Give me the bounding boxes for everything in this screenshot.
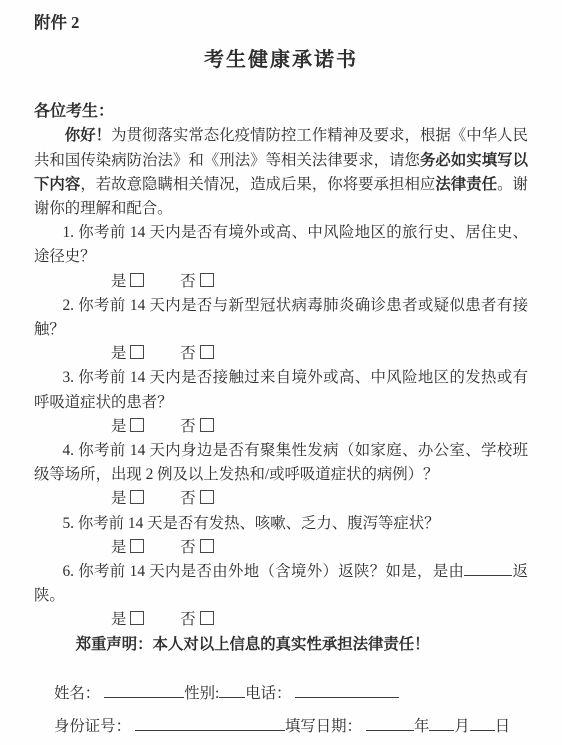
intro-greeting: 你好！ xyxy=(65,127,111,144)
no-option: 否 xyxy=(180,611,213,628)
yes-checkbox[interactable] xyxy=(130,539,144,553)
yes-checkbox[interactable] xyxy=(130,345,144,359)
question-1: 1. 你考前 14 天内是否有境外或高、中风险地区的旅行史、居住史、途径史？ xyxy=(34,221,528,269)
no-checkbox[interactable] xyxy=(200,273,214,287)
fields-row-2: 身份证号：填写日期：年月日 xyxy=(34,715,528,739)
yes-label: 是 xyxy=(111,345,126,362)
no-option: 否 xyxy=(180,418,213,435)
gender-label: 性别: xyxy=(184,685,219,702)
yes-label: 是 xyxy=(111,539,126,556)
yes-label: 是 xyxy=(111,490,126,507)
answer-row-6: 是 否 xyxy=(34,608,528,632)
name-label: 姓名： xyxy=(54,685,100,702)
question-6-text: 6. 你考前 14 天内是否由外地（含境外）返陕？如是，是由 xyxy=(62,563,464,580)
no-label: 否 xyxy=(180,490,195,507)
no-label: 否 xyxy=(180,611,195,628)
no-label: 否 xyxy=(180,345,195,362)
answer-row-3: 是 否 xyxy=(34,415,528,439)
question-2-text: 2. 你考前 14 天内是否与新型冠状病毒肺炎确诊患者或疑似患者有接触？ xyxy=(34,297,528,338)
yes-checkbox[interactable] xyxy=(130,490,144,504)
yes-checkbox[interactable] xyxy=(130,611,144,625)
phone-label: 电话： xyxy=(245,685,291,702)
yes-option: 是 xyxy=(111,539,144,556)
answer-row-5: 是 否 xyxy=(34,536,528,560)
question-3-text: 3. 你考前 14 天内是否接触过来自境外或高、中风险地区的发热或有呼吸道症状的… xyxy=(34,369,528,410)
id-blank[interactable] xyxy=(135,716,285,731)
no-checkbox[interactable] xyxy=(200,345,214,359)
question-6: 6. 你考前 14 天内是否由外地（含境外）返陕？如是，是由返陕。 xyxy=(34,560,528,608)
gender-blank[interactable] xyxy=(219,683,245,698)
yes-label: 是 xyxy=(111,611,126,628)
yes-checkbox[interactable] xyxy=(130,418,144,432)
no-label: 否 xyxy=(180,418,195,435)
date-month-blank[interactable] xyxy=(429,716,454,731)
return-origin-blank[interactable] xyxy=(464,561,512,576)
yes-option: 是 xyxy=(111,418,144,435)
no-checkbox[interactable] xyxy=(200,539,214,553)
question-4: 4. 你考前 14 天内身边是否有聚集性发病（如家庭、办公室、学校班级等场所，出… xyxy=(34,439,528,487)
yes-option: 是 xyxy=(111,345,144,362)
id-label: 身份证号： xyxy=(54,718,131,735)
no-label: 否 xyxy=(180,539,195,556)
date-year-blank[interactable] xyxy=(366,716,414,731)
answer-row-1: 是 否 xyxy=(34,270,528,294)
document-page: 附件 2 考生健康承诺书 各位考生： 你好！为贯彻落实常态化疫情防控工作精神及要… xyxy=(0,0,562,745)
question-5: 5. 你考前 14 天是否有发热、咳嗽、乏力、腹泻等症状？ xyxy=(34,512,528,536)
no-checkbox[interactable] xyxy=(200,490,214,504)
page-title: 考生健康承诺书 xyxy=(34,47,528,73)
no-checkbox[interactable] xyxy=(200,418,214,432)
no-option: 否 xyxy=(180,345,213,362)
phone-blank[interactable] xyxy=(295,683,399,698)
intro-bold-2: 法律责任 xyxy=(435,176,497,193)
salutation: 各位考生： xyxy=(34,100,528,124)
name-blank[interactable] xyxy=(104,683,184,698)
date-day-blank[interactable] xyxy=(470,716,495,731)
year-label: 年 xyxy=(414,718,429,735)
date-label: 填写日期： xyxy=(285,718,362,735)
answer-row-4: 是 否 xyxy=(34,487,528,511)
question-1-text: 1. 你考前 14 天内是否有境外或高、中风险地区的旅行史、居住史、途径史？ xyxy=(34,224,528,265)
yes-label: 是 xyxy=(111,273,126,290)
intro-paragraph: 你好！为贯彻落实常态化疫情防控工作精神及要求，根据《中华人民共和国传染病防治法》… xyxy=(34,124,528,221)
yes-option: 是 xyxy=(111,490,144,507)
yes-option: 是 xyxy=(111,611,144,628)
declaration: 郑重声明：本人对以上信息的真实性承担法律责任！ xyxy=(34,633,528,657)
month-label: 月 xyxy=(454,718,469,735)
yes-option: 是 xyxy=(111,273,144,290)
question-4-text: 4. 你考前 14 天内身边是否有聚集性发病（如家庭、办公室、学校班级等场所，出… xyxy=(34,442,528,483)
no-checkbox[interactable] xyxy=(200,611,214,625)
question-3: 3. 你考前 14 天内是否接触过来自境外或高、中风险地区的发热或有呼吸道症状的… xyxy=(34,366,528,414)
no-option: 否 xyxy=(180,490,213,507)
attachment-label: 附件 2 xyxy=(34,11,528,35)
no-option: 否 xyxy=(180,539,213,556)
no-option: 否 xyxy=(180,273,213,290)
yes-checkbox[interactable] xyxy=(130,273,144,287)
question-2: 2. 你考前 14 天内是否与新型冠状病毒肺炎确诊患者或疑似患者有接触？ xyxy=(34,294,528,342)
question-5-text: 5. 你考前 14 天是否有发热、咳嗽、乏力、腹泻等症状？ xyxy=(62,515,439,532)
day-label: 日 xyxy=(495,718,510,735)
answer-row-2: 是 否 xyxy=(34,342,528,366)
no-label: 否 xyxy=(180,273,195,290)
intro-text-2: ，若故意隐瞒相关情况，造成后果，你将要承担相应 xyxy=(80,176,435,193)
fields-row-1: 姓名：性别:电话： xyxy=(34,682,528,706)
yes-label: 是 xyxy=(111,418,126,435)
